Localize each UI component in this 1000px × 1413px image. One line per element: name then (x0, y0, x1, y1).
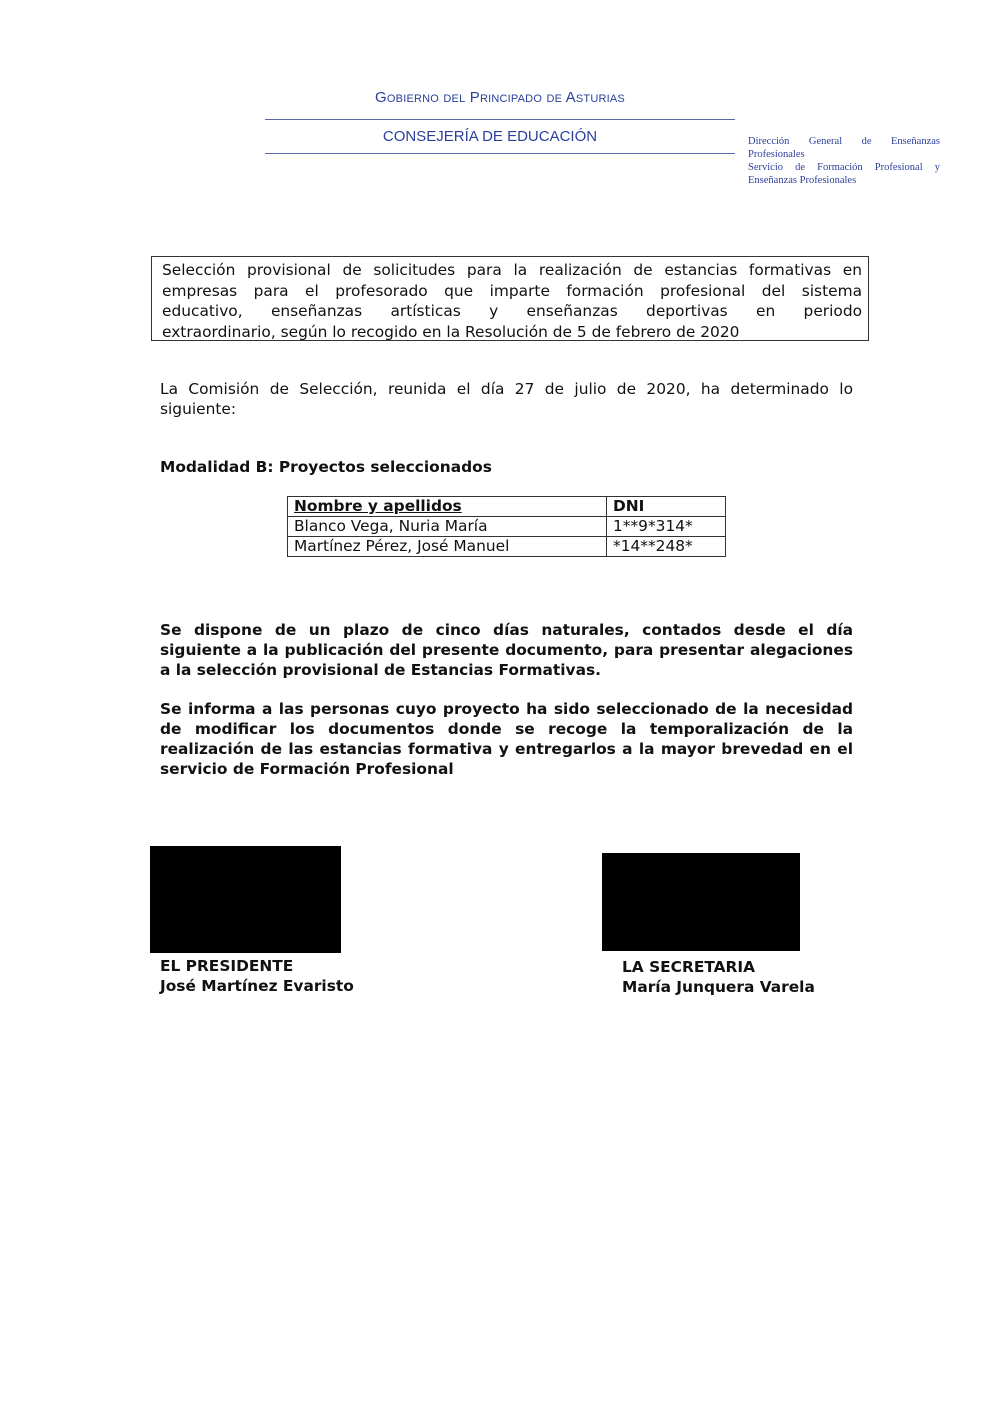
table-header-row: Nombre y apellidos DNI (288, 497, 726, 517)
unit-line: Servicio de Formación Profesional y (748, 161, 940, 174)
title-line: extraordinario, según lo recogido en la … (162, 322, 862, 343)
redacted-signature (150, 846, 341, 953)
unit-block: Dirección General de Enseñanzas Profesio… (748, 135, 940, 187)
signature-role: EL PRESIDENTE (160, 956, 354, 976)
unit-line: Profesionales (748, 148, 940, 161)
selected-projects-table: Nombre y apellidos DNI Blanco Vega, Nuri… (287, 496, 726, 557)
cell-name: Martínez Pérez, José Manuel (288, 537, 607, 557)
cell-dni: 1**9*314* (607, 517, 726, 537)
section-heading: Modalidad B: Proyectos seleccionados (160, 458, 492, 476)
signature-president: EL PRESIDENTE José Martínez Evaristo (160, 956, 354, 996)
signature-name: José Martínez Evaristo (160, 976, 354, 996)
government-title: Gobierno del Principado de Asturias (260, 89, 740, 106)
table-row: Blanco Vega, Nuria María 1**9*314* (288, 517, 726, 537)
notice-allegations: Se dispone de un plazo de cinco días nat… (160, 620, 853, 680)
unit-line: Dirección General de Enseñanzas (748, 135, 940, 148)
notice-documents: Se informa a las personas cuyo proyecto … (160, 699, 853, 779)
department-title: CONSEJERÍA DE EDUCACIÓN (260, 128, 720, 145)
unit-line: Enseñanzas Profesionales (748, 174, 940, 187)
cell-dni: *14**248* (607, 537, 726, 557)
redacted-signature (602, 853, 800, 951)
header-dni: DNI (607, 497, 726, 517)
header-divider (265, 153, 735, 154)
header-divider (265, 119, 735, 120)
header-name: Nombre y apellidos (288, 497, 607, 517)
document-title-box: Selección provisional de solicitudes par… (151, 256, 869, 341)
signature-name: María Junquera Varela (622, 977, 815, 997)
title-line: Selección provisional de solicitudes par… (162, 260, 862, 281)
title-line: empresas para el profesorado que imparte… (162, 281, 862, 302)
intro-paragraph: La Comisión de Selección, reunida el día… (160, 379, 853, 419)
signature-secretary: LA SECRETARIA María Junquera Varela (622, 957, 815, 997)
cell-name: Blanco Vega, Nuria María (288, 517, 607, 537)
table-row: Martínez Pérez, José Manuel *14**248* (288, 537, 726, 557)
title-line: educativo, enseñanzas artísticas y enseñ… (162, 301, 862, 322)
signature-role: LA SECRETARIA (622, 957, 815, 977)
